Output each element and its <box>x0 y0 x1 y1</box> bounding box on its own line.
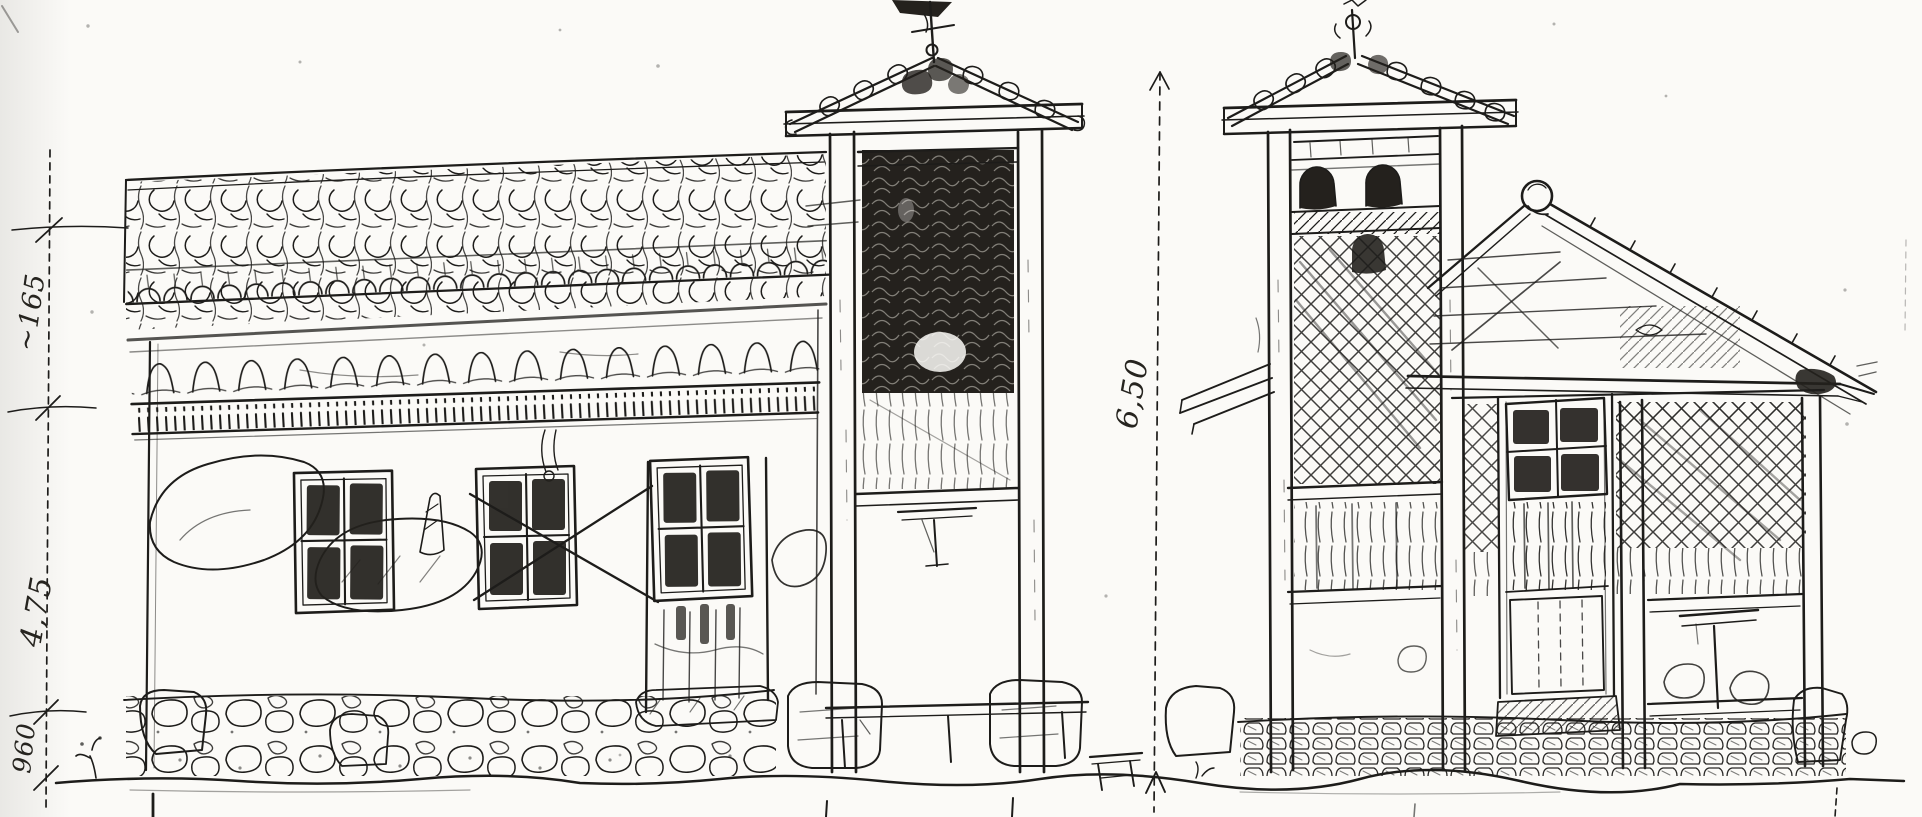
stone-foundation <box>124 690 776 776</box>
dimension-label-overall-height: 6,50 <box>1109 356 1156 432</box>
finial <box>1335 0 1371 58</box>
tower-roof <box>1228 52 1514 126</box>
window-left <box>293 470 395 614</box>
side-elevation <box>1166 0 1877 776</box>
side-door <box>1496 394 1620 736</box>
tower-top-board <box>1292 136 1440 160</box>
door-transom-window <box>650 457 752 601</box>
tower-lattice-panel <box>1294 236 1440 484</box>
eave-cornice <box>131 340 821 440</box>
belfry-opening <box>858 148 1018 489</box>
right-edge-faint-line <box>1905 240 1906 332</box>
dimension-line <box>1154 72 1160 812</box>
tiled-roof <box>124 152 830 352</box>
tower-eave-beam <box>784 104 1084 136</box>
plant-doodle <box>76 736 102 778</box>
arched-openings <box>1292 164 1440 210</box>
grass-tuft <box>1196 762 1214 778</box>
sketch-page: ~165 4,75 960 <box>0 0 1922 817</box>
hatched-board <box>1292 206 1440 234</box>
protruding-planks <box>1180 318 1274 434</box>
overall-height-dimension: 6,50 <box>1090 72 1169 812</box>
cross-finial <box>892 0 954 62</box>
tower-lower-panel <box>1288 502 1442 672</box>
front-elevation <box>124 152 830 776</box>
ridge-loop-ornament <box>1522 181 1552 211</box>
small-stool <box>1090 753 1142 790</box>
gable-field <box>1430 252 1740 368</box>
tower-mid-rail-and-table <box>856 488 1018 566</box>
bell-tower-front <box>784 0 1088 772</box>
dimension-label-lower: 960 <box>7 721 41 774</box>
architectural-sketch: ~165 4,75 960 <box>0 0 1922 817</box>
open-bay-with-table <box>1648 594 1802 716</box>
window-middle <box>476 466 577 609</box>
